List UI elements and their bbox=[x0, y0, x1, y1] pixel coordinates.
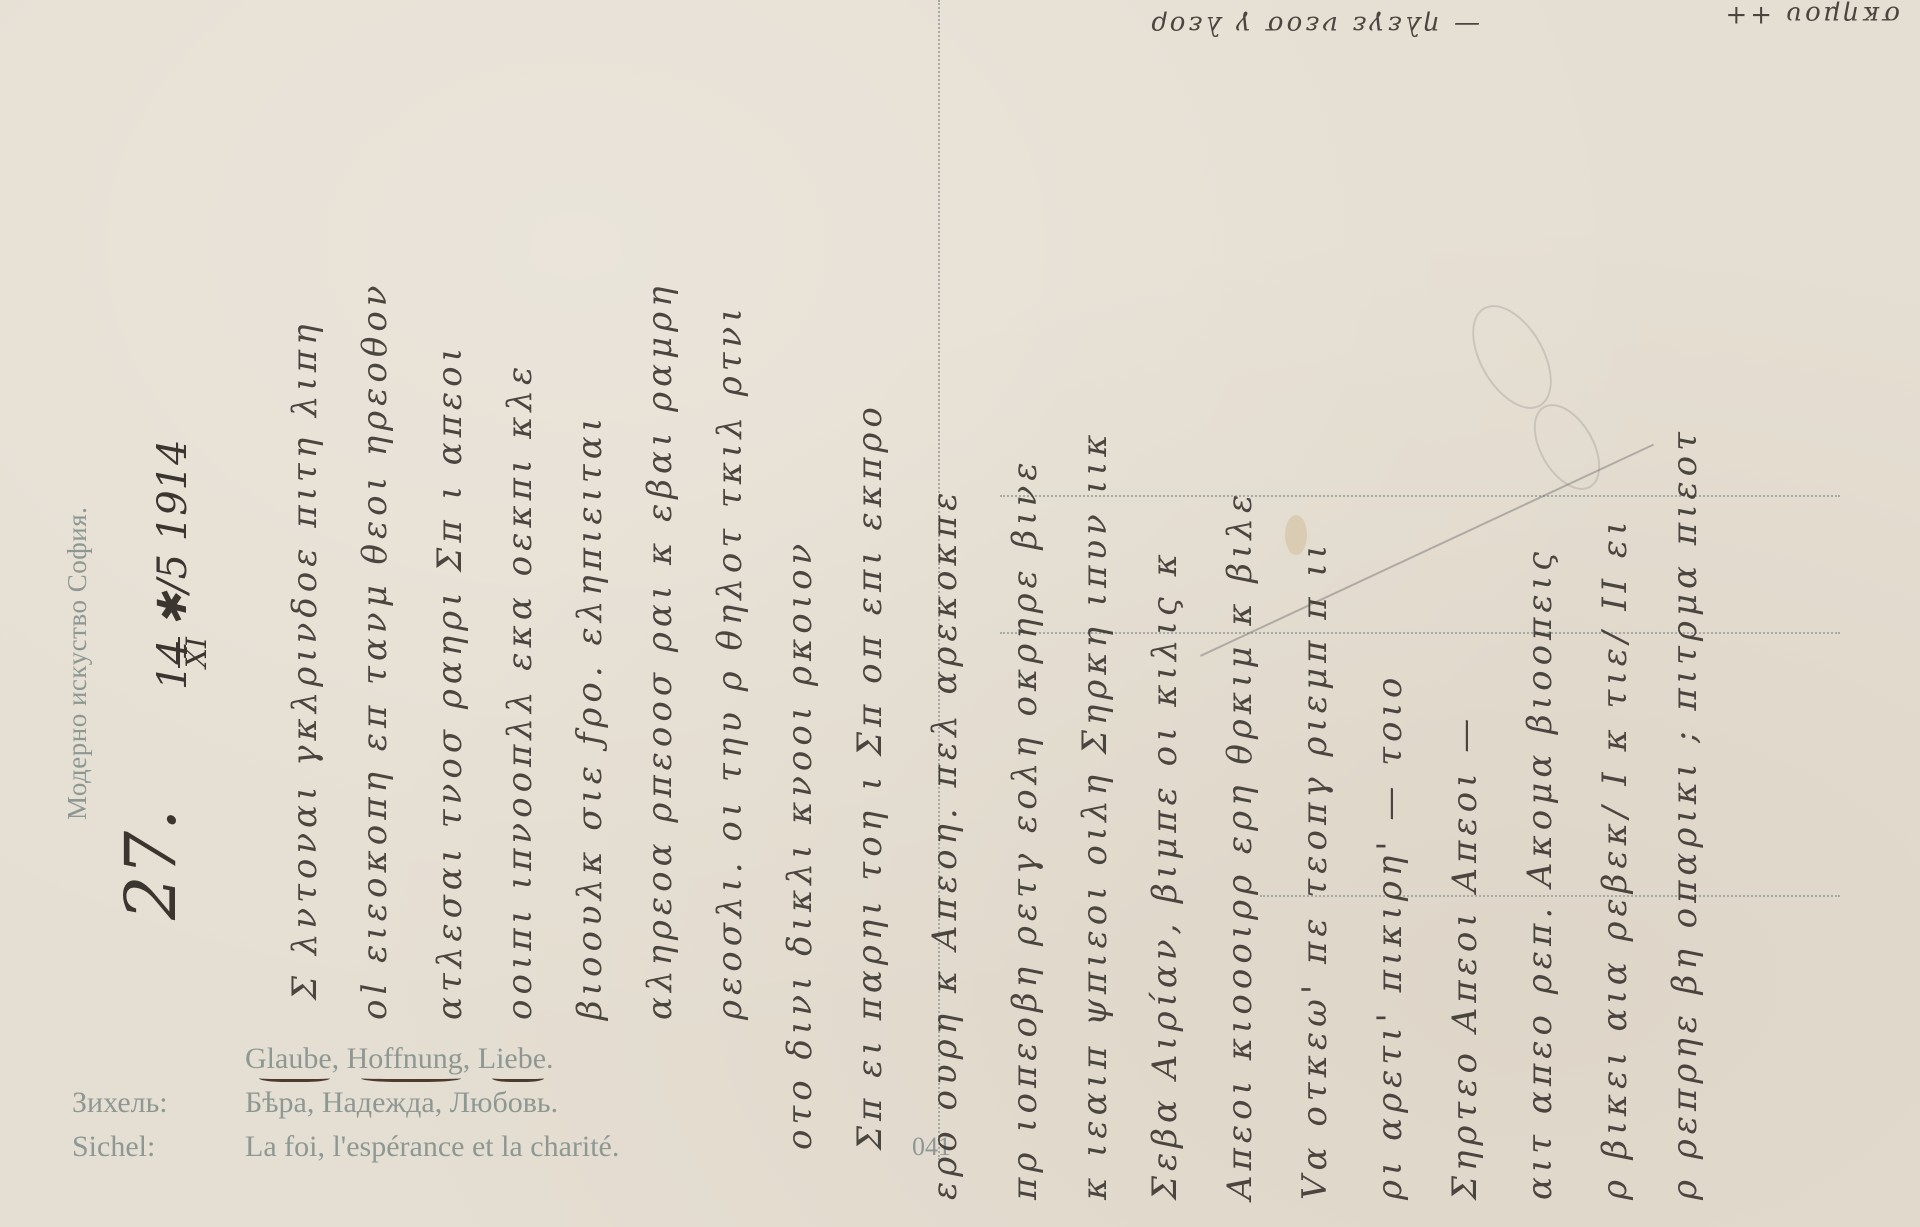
handwriting-line: ol ειεοκοπη επ τανμ θεοι ηρεοθον bbox=[355, 281, 395, 1020]
handwriting-line: ερο ουρη κ Απεοη. πελ αρεκοκπε bbox=[925, 488, 965, 1200]
handwriting-line: Σηρτεο Απεοι Απεοι — bbox=[1445, 714, 1485, 1200]
caption-german: Glaube, Hoffnung, Liebe. bbox=[245, 1042, 554, 1076]
handwritten-month: XI bbox=[178, 637, 213, 668]
handwriting-line: ρ ρεπρηε βη οπαρικι ; πιτρμα πιεοτ bbox=[1665, 427, 1705, 1200]
handwriting-line: αιτ απεο ρεπ. Ακομα βιοοπεις bbox=[1520, 547, 1560, 1200]
handwriting-line: κ ιεαιπ ψπιεοι οιλη Σηρκη ιπυν ιικ bbox=[1075, 430, 1115, 1201]
handwriting-line: Απεοι κιοοοιρρ ερη θρκιμ κ βιλε bbox=[1220, 490, 1260, 1200]
handwriting-top-margin: — ηλεγε νεοσ γ λεορ bbox=[1148, 10, 1480, 40]
publisher-imprint: Модерно искуство София. bbox=[62, 507, 93, 820]
address-line-2 bbox=[1000, 632, 1840, 634]
handwriting-line: οοιπι ιπνοοπλλ εκα οεκπι κλε bbox=[500, 362, 540, 1020]
caption-word-love: Liebe bbox=[478, 1042, 546, 1076]
caption-word-faith: Glaube bbox=[245, 1042, 332, 1076]
handwritten-day: 27. bbox=[110, 809, 192, 920]
artist-name-bulgarian: Зихель: bbox=[72, 1086, 168, 1120]
handwriting-corner-note: σκημου ++ bbox=[1722, 0, 1900, 30]
handwriting-line: οτο δινι δικλι κνοοι ρκοιον bbox=[780, 539, 820, 1150]
handwriting-line: ατλεσαι τνοσ ραηρι Σπ ι απεοι bbox=[430, 343, 470, 1020]
caption-bulgarian: Бѣра, Надежда, Любовь. bbox=[245, 1086, 558, 1120]
handwriting-line: πρ ιοπεοβη ρετγ εολη οκρηρε βινε bbox=[1005, 457, 1045, 1200]
comma: , bbox=[463, 1042, 478, 1075]
handwriting-line: αληρεοα ρπεοοσ ραι κ εβαι ραμρη bbox=[640, 282, 680, 1020]
caption-french: La foi, l'espérance et la charité. bbox=[245, 1130, 619, 1164]
artist-name-latin: Sichel: bbox=[72, 1130, 155, 1164]
handwriting-line: Vα οτκεω' πε τεοπγ ριεμπ π ιι bbox=[1295, 540, 1335, 1200]
caption-word-hope: Hoffnung bbox=[347, 1042, 463, 1076]
handwriting-line: ρεοσλι. οι τηυ ρ θηλοτ τκιλ ρτνι bbox=[710, 303, 750, 1020]
address-line-1 bbox=[1000, 495, 1840, 497]
handwriting-line: Σεβα Αιρίαν, βιμπε οι κιλις κ bbox=[1145, 549, 1185, 1200]
comma: , bbox=[332, 1042, 347, 1075]
handwriting-line: ρι αρετι' πικιρη' — τοιο bbox=[1370, 673, 1410, 1200]
handwriting-line: Σπ ει παρηι τοη ι Σπ οπ επι εκπρο bbox=[850, 402, 890, 1150]
handwriting-line: Σ λντοναι γκλρινδοε πιτη λιπη bbox=[285, 319, 325, 1000]
pencil-loop bbox=[1520, 393, 1614, 501]
handwriting-line: βιοουλκ σιε ƒρο. εληπιειται bbox=[570, 413, 610, 1020]
handwriting-line: ρ βικει αια ρεβεκ/ Ι κ τιε/ II ει bbox=[1595, 517, 1635, 1200]
period: . bbox=[546, 1042, 554, 1075]
postcard-back: Модерно искуство София. Glaube, Hoffnung… bbox=[0, 0, 1920, 1227]
